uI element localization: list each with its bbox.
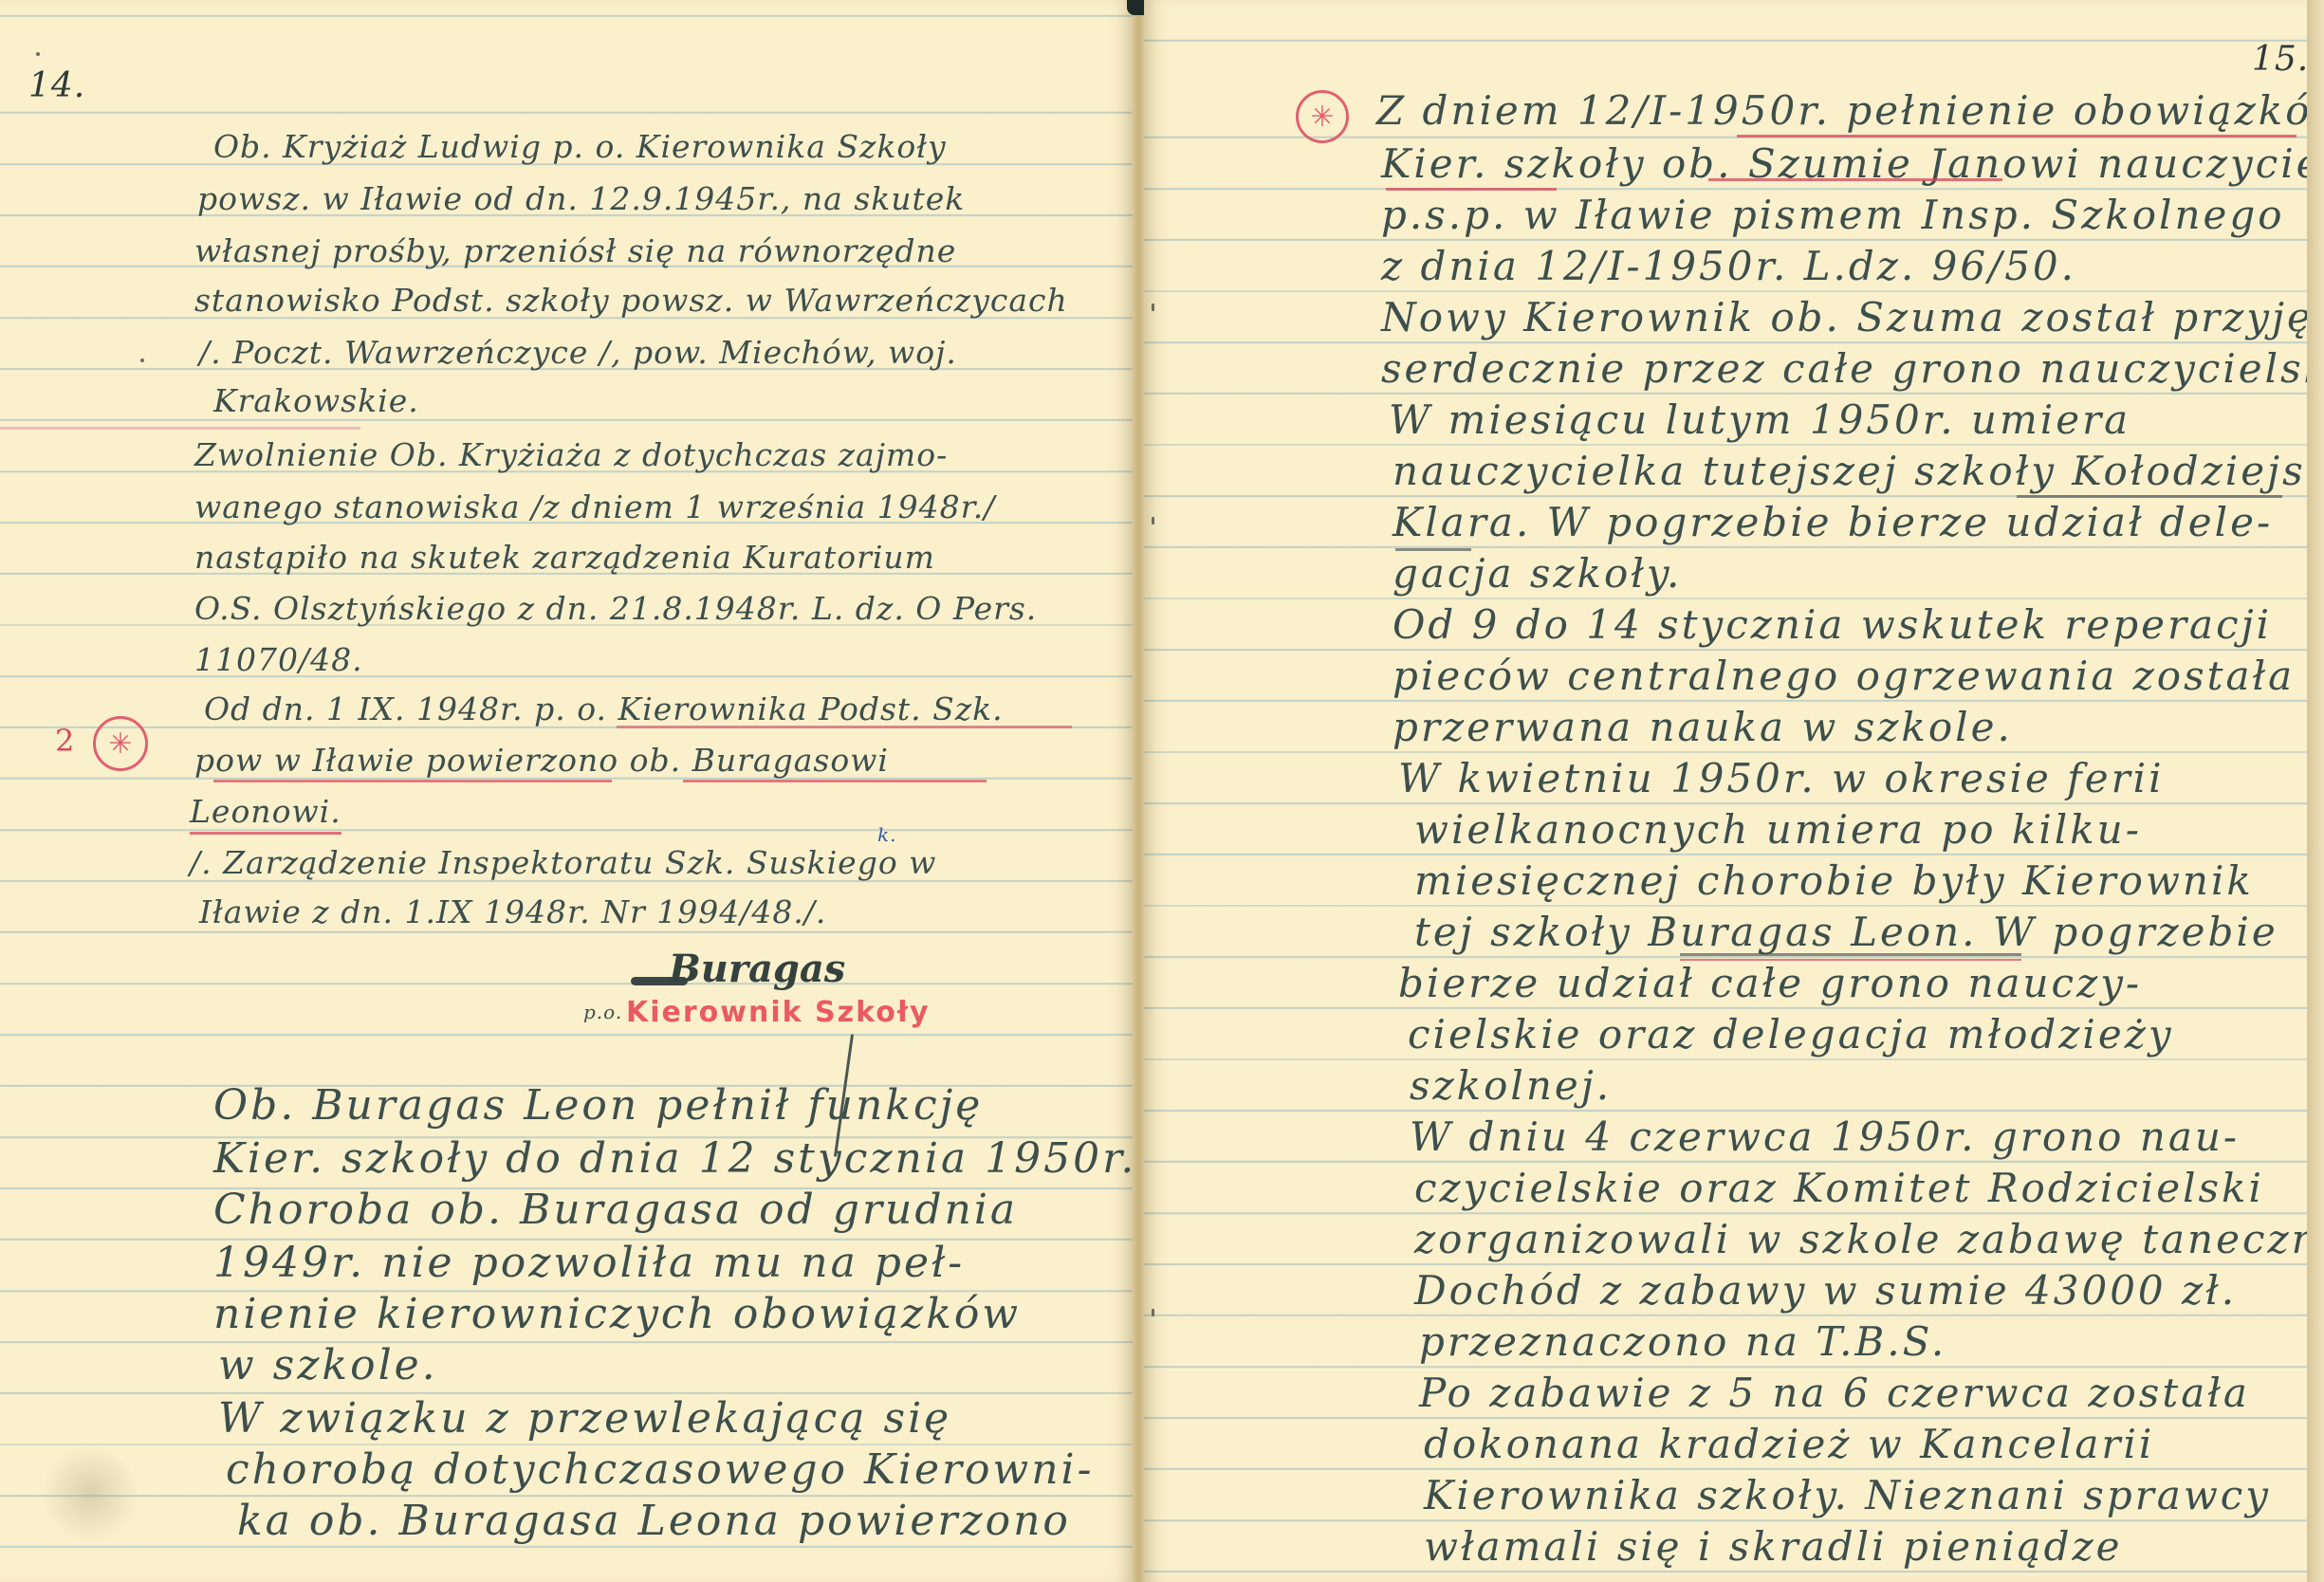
text-line: Leonowi. (190, 793, 341, 830)
text-line: Kierownika szkoły. Nieznani sprawcy (1424, 1472, 2271, 1518)
text-span: pow w Iławie powierzono ob. Buragasowi (194, 742, 889, 779)
text-line: /. Zarządzenie Inspektoratu Szk. Suskieg… (190, 844, 936, 881)
text-line: Ob. Buragas Leon pełnił funkcję (213, 1081, 983, 1130)
margin-dot (36, 52, 40, 56)
red-underline (1737, 135, 2296, 138)
stamp-prefix: p.o. (583, 1001, 622, 1023)
text-line: dokonana kradzież w Kancelarii (1424, 1421, 2154, 1467)
school-stamp: Kierownik Szkoły (626, 996, 931, 1029)
text-line: Choroba ob. Buragasa od grudnia (213, 1186, 1018, 1234)
text-line: miesięcznej chorobie były Kierownik (1414, 857, 2254, 904)
text-line: Z dniem 12/I-1950r. pełnienie obowiązków (1376, 87, 2324, 134)
text-line: włamali się i skradli pieniądze (1424, 1523, 2122, 1570)
binding-stitch (1152, 517, 1154, 524)
text-span: Leonowi. (190, 793, 341, 835)
text-line: serdecznie przez całe grono nauczycielsk… (1381, 345, 2324, 392)
text-line: szkolnej. (1410, 1062, 1612, 1109)
page-number-right: 15. (2252, 40, 2309, 79)
text-line: p.s.p. w Iławie pismem Insp. Szkolnego (1381, 192, 2285, 238)
text-line: chorobą dotychczasowego Kierowni- (226, 1445, 1094, 1494)
text-line: nienie kierowniczych obowiązków (213, 1290, 1021, 1338)
text-line: stanowisko Podst. szkoły powsz. w Wawrze… (194, 282, 1068, 319)
binding-stitch (1152, 1309, 1154, 1316)
gray-underline (1680, 953, 2021, 956)
text-line: wielkanocnych umiera po kilku- (1414, 806, 2142, 853)
text-line: 11070/48. (194, 641, 363, 678)
text-line: w szkole. (218, 1341, 438, 1389)
text-line: Klara. W pogrzebie bierze udział dele- (1393, 499, 2273, 545)
text-line: cielskie oraz delegacja młodzieży (1408, 1011, 2174, 1058)
text-line: O.S. Olsztyńskiego z dn. 21.8.1948r. L. … (194, 590, 1037, 627)
text-line: ka ob. Buragasa Leona powierzono (237, 1497, 1071, 1545)
text-line: Po zabawie z 5 na 6 czerwca została (1419, 1370, 2250, 1416)
text-line: z dnia 12/I-1950r. L.dz. 96/50. (1381, 243, 2076, 289)
text-line: W miesiącu lutym 1950r. umiera (1389, 396, 2130, 443)
binding-stitch (1152, 304, 1154, 311)
right-page: 15. ✳ Z dniem 12/I-1950r. pełnienie obow… (1144, 0, 2307, 1582)
text-line: Nowy Kierownik ob. Szuma został przyjęty (1381, 294, 2324, 340)
text-line: W dniu 4 czerwca 1950r. grono nau- (1410, 1113, 2240, 1160)
gray-underline (2017, 495, 2282, 498)
red-underline (617, 726, 1072, 728)
text-line: gacja szkoły. (1393, 550, 1682, 597)
page-edge (2307, 0, 2324, 1582)
text-line: Krakowskie. (213, 382, 419, 419)
red-underline (1708, 178, 2002, 181)
margin-dot (140, 359, 144, 362)
text-line: własnej prośby, przeniósł się na równorz… (194, 232, 956, 269)
annotation-k: k. (877, 823, 896, 846)
text-line: wanego stanowiska /z dniem 1 września 19… (194, 488, 995, 525)
text-line: Iławie z dn. 1.IX 1948r. Nr 1994/48./. (199, 893, 826, 930)
page-number-left: 14. (28, 66, 85, 105)
text-line: Zwolnienie Ob. Kryżiaża z dotychczas zaj… (194, 436, 948, 473)
text-line: W kwietniu 1950r. w okresie ferii (1398, 755, 2165, 801)
text-line: nauczycielka tutejszej szkoły Kołodziejs… (1393, 448, 2324, 494)
text-line: 1949r. nie pozwoliła mu na peł- (213, 1239, 965, 1287)
margin-number: 2 (55, 723, 75, 759)
text-line: Kier. szkoły do dnia 12 stycznia 1950r. (213, 1134, 1136, 1183)
signature: Buragas (669, 947, 845, 991)
text-line: W związku z przewlekającą się (218, 1394, 951, 1443)
text-line: nastąpiło na skutek zarządzenia Kuratori… (194, 539, 935, 576)
text-line: Dochód z zabawy w sumie 43000 zł. (1414, 1267, 2237, 1314)
text-line: /. Poczt. Wawrzeńczyce /, pow. Miechów, … (199, 334, 957, 371)
text-line: Od 9 do 14 stycznia wskutek reperacji (1393, 601, 2272, 648)
text-line: zorganizowali w szkole zabawę taneczną. (1414, 1216, 2324, 1262)
text-line: czycielskie oraz Komitet Rodzicielski (1414, 1165, 2264, 1211)
red-underline (683, 780, 987, 782)
red-underline (213, 780, 612, 782)
text-line: pow w Iławie powierzono ob. Buragasowi (194, 742, 889, 779)
text-line: bierze udział całe grono nauczy- (1398, 960, 2142, 1006)
text-line: Od dn. 1 IX. 1948r. p. o. Kierownika Pod… (204, 690, 1004, 727)
pink-ruling-mark (0, 427, 360, 430)
red-circled-mark-icon: ✳ (93, 716, 148, 771)
text-line: Ob. Kryżiaż Ludwig p. o. Kierownika Szko… (213, 128, 947, 165)
left-page: 14. Ob. Kryżiaż Ludwig p. o. Kierownika … (0, 0, 1134, 1582)
paper-smudge (43, 1442, 138, 1546)
text-line: przerwana nauka w szkole. (1393, 704, 2013, 750)
red-circled-asterisk-icon: ✳ (1296, 90, 1349, 143)
text-line: pieców centralnego ogrzewania została (1393, 653, 2295, 699)
text-line: przeznaczono na T.B.S. (1419, 1318, 1946, 1365)
text-line: powsz. w Iławie od dn. 12.9.1945r., na s… (197, 180, 965, 217)
text-line: tej szkoły Buragas Leon. W pogrzebie (1414, 909, 2278, 955)
red-underline (1386, 188, 1557, 191)
